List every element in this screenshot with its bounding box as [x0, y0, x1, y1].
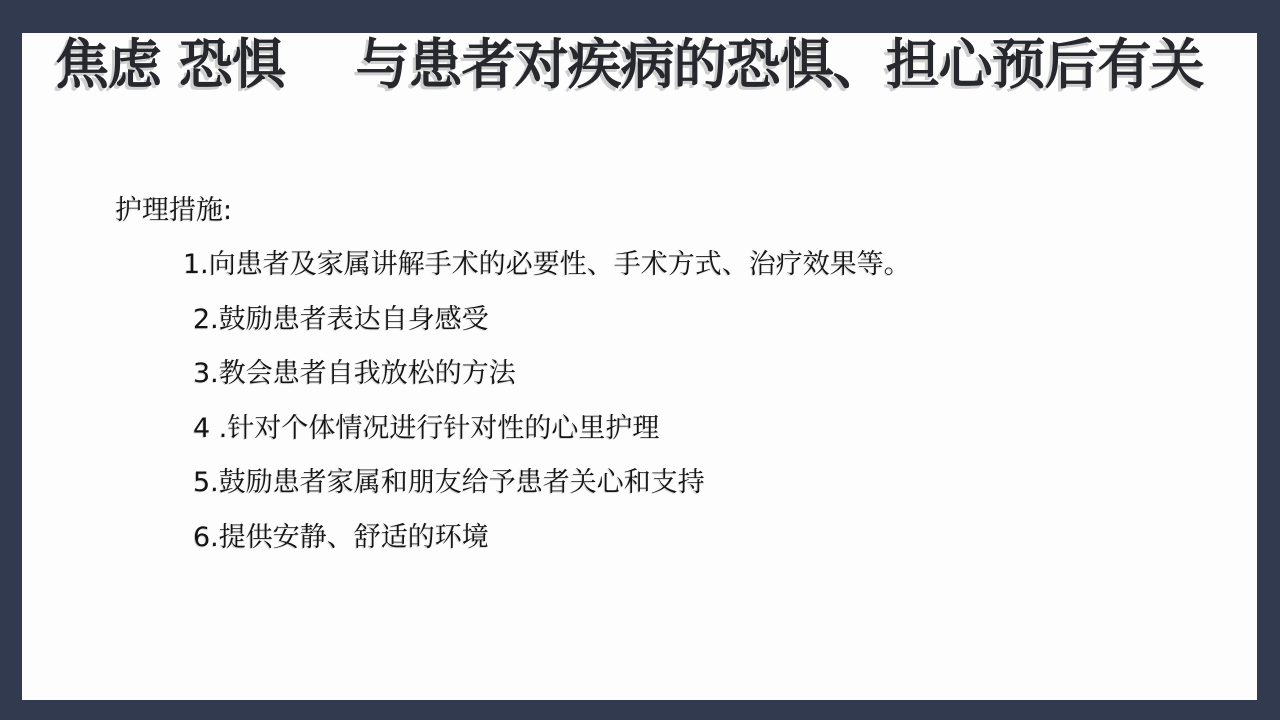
measures-list: 1.向患者及家属讲解手术的必要性、手术方式、治疗效果等。 2.鼓励患者表达自身感… [115, 238, 911, 565]
slide-frame: 焦虑 恐惧 与患者对疾病的恐惧、担心预后有关 护理措施: 1.向患者及家属讲解手… [0, 0, 1280, 720]
list-item: 1.向患者及家属讲解手术的必要性、手术方式、治疗效果等。 [115, 238, 911, 293]
list-item: 2.鼓励患者表达自身感受 [115, 293, 911, 348]
slide-body: 护理措施: 1.向患者及家属讲解手术的必要性、手术方式、治疗效果等。 2.鼓励患… [115, 183, 911, 565]
slide-content-panel: 焦虑 恐惧 与患者对疾病的恐惧、担心预后有关 护理措施: 1.向患者及家属讲解手… [22, 33, 1257, 700]
list-item: 3.教会患者自我放松的方法 [115, 347, 911, 402]
list-item: 6.提供安静、舒适的环境 [115, 511, 911, 566]
body-heading: 护理措施: [115, 183, 911, 238]
list-item: 5.鼓励患者家属和朋友给予患者关心和支持 [115, 456, 911, 511]
list-item: 4 .针对个体情况进行针对性的心里护理 [115, 402, 911, 457]
slide-title: 焦虑 恐惧 与患者对疾病的恐惧、担心预后有关 [55, 35, 1204, 95]
